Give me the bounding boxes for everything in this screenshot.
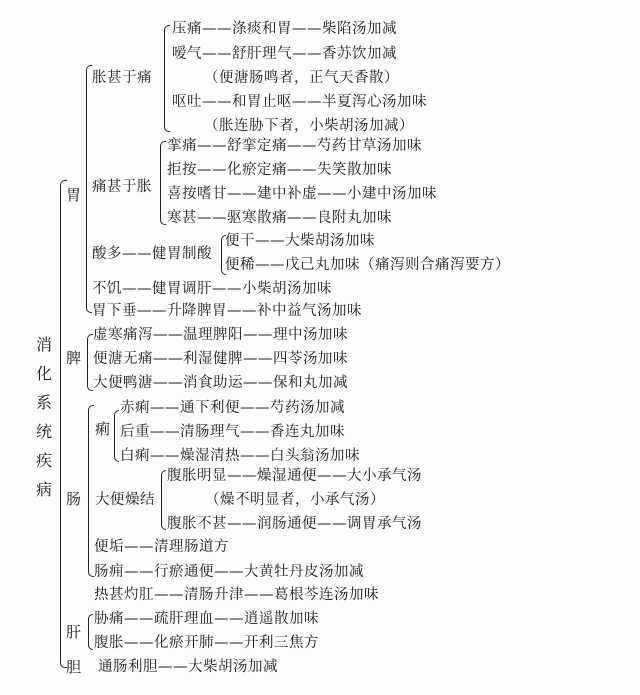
root-bracket [60,180,67,668]
bloating-item: 嗳气——舒肝理气——香苏饮加减 [172,45,397,63]
stomach-pain-label: 痛甚于胀 [92,178,152,196]
organ-intestine: 肠 [66,490,82,508]
constipation-item: 腹胀明显——燥湿通便——大小承气汤 [167,467,422,485]
organ-liver: 肝 [66,623,82,641]
acid-item: 便干——大柴胡汤加味 [225,232,375,250]
liver-bracket [88,614,93,650]
stomach-acid-label: 酸多——健胃制酸 [92,245,212,263]
dysentery-item: 白痢——燥湿清热——白头翁汤加味 [120,447,360,465]
organ-gallbladder: 胆 [66,658,82,676]
intestine-item: 肠痈——行瘀通便——大黄牡丹皮汤加减 [94,563,364,581]
constipation-bracket [161,470,166,530]
spleen-item: 虚寒痛泻——温理脾阳——理中汤加味 [93,326,348,344]
root-label: 消化系统疾病 [35,330,53,504]
liver-item: 胁痛——疏肝理血——逍遥散加味 [94,610,319,628]
bloating-item: 压痛——涤痰和胃——柴陷汤加减 [172,20,397,38]
pain-item: 寒甚——驱寒散痛——良附丸加味 [167,209,392,227]
bloating-note: （便溏肠鸣者，正气天香散） [204,69,399,87]
stomach-item: 不饥——健胃调肝——小柴胡汤加味 [92,280,332,298]
constipation-item: 腹胀不甚——润肠通便——调胃承气汤 [167,515,422,533]
intestine-item: 热甚灼肛——清肠升津——葛根芩连汤加味 [94,586,379,604]
pain-item: 挛痛——舒挛定痛——芍药甘草汤加味 [167,137,422,155]
gallbladder-item: 通肠利胆——大柴胡汤加减 [98,658,278,676]
spleen-item: 便溏无痛——利湿健脾——四苓汤加味 [93,350,348,368]
dysentery-item: 赤痢——通下利便——芍药汤加减 [120,399,345,417]
acid-item: 便稀——戊己丸加味（痛泻则合痛泻要方） [225,256,510,274]
dysentery-label: 痢 [95,420,111,438]
constipation-label: 大便燥结 [95,491,155,509]
pain-bracket [160,141,166,225]
constipation-note: （燥不明显者，小承气汤） [205,491,385,509]
stomach-item: 胃下垂——升降脾胃——补中益气汤加味 [92,302,362,320]
dysentery-bracket [114,410,119,462]
stomach-bloating-label: 胀甚于痛 [92,69,152,87]
organ-spleen: 脾 [66,349,82,367]
bloating-note: （胀连胁下者，小柴胡汤加减） [204,117,414,135]
bloating-bracket [164,25,170,132]
pain-item: 喜按嗜甘——建中补虚——小建中汤加味 [167,185,437,203]
spleen-item: 大便鸭溏——消食助运——保和丸加减 [93,374,348,392]
pain-item: 拒按——化瘀定痛——失笑散加味 [167,161,392,179]
liver-item: 腹胀——化瘀开肺——开利三焦方 [94,634,319,652]
dysentery-item: 后重——清肠理气——香连丸加味 [120,423,345,441]
bloating-item: 呕吐——和胃止呕——半夏泻心汤加味 [172,93,427,111]
intestine-item: 便垢——清理肠道方 [94,538,229,556]
organ-stomach: 胃 [66,186,82,204]
